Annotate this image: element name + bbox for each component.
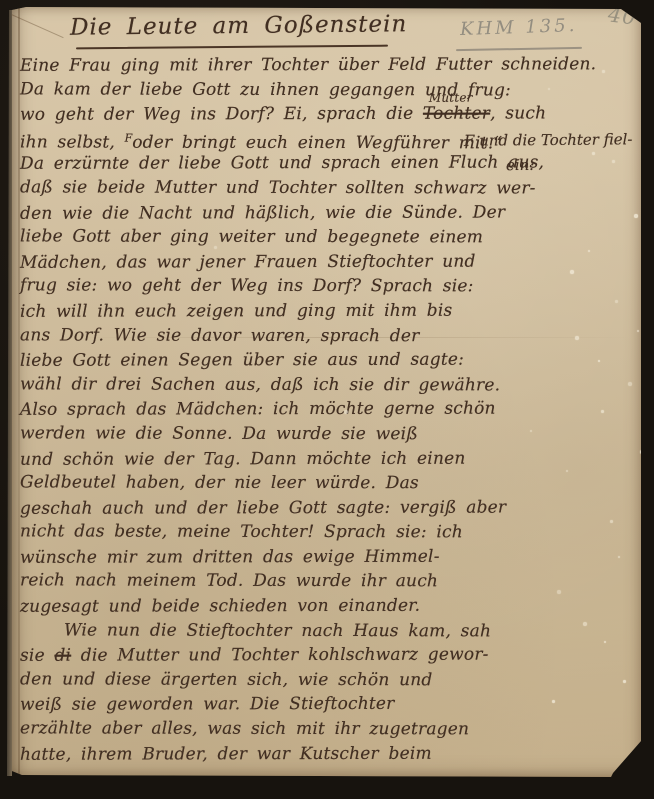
text-run: wünsche mir zum dritten das ewige Himmel… [20,547,440,568]
text-run: geschah auch und der liebe Gott sagte: v… [20,497,506,518]
text-run: nicht das beste, meine Tochter! Sprach s… [20,522,463,543]
manuscript-line: zugesagt und beide schieden von einander… [20,593,635,619]
text-run: liebe Gott aber ging weiter und begegnet… [20,227,483,248]
text-run: die Mutter und Tochter kohlschwarz gewor… [71,645,488,666]
text-run: Mädchen, das war jener Frauen Stieftocht… [20,251,476,272]
text-run: liebe Gott einen Segen über sie aus und … [20,350,464,371]
paper-speck [637,330,639,332]
manuscript-line: sie di die Mutter und Tochter kohlschwar… [20,642,635,668]
paper-speck [557,590,561,594]
text-run: wo geht der Weg ins Dorf? Ei, sprach die [20,104,423,125]
paper-speck [530,430,532,432]
paper-speck [601,410,604,413]
manuscript-page: Die Leute am Goßenstein KHM 135. 40 Eine… [12,7,641,777]
manuscript-line: erzählte aber alles, was sich mit ihr zu… [20,716,635,742]
text-run: Eine Frau ging mit ihrer Tochter über Fe… [20,54,596,76]
text-run: Also sprach das Mädchen: ich möchte gern… [20,399,496,420]
manuscript-line: Wie nun die Stieftochter nach Haus kam, … [20,618,635,644]
paper-speck [618,556,620,558]
text-run: daß sie beide Mutter und Tochter sollten… [20,177,536,198]
struck-word: TochterMutter [423,104,490,124]
text-run: ich will ihn euch zeigen und ging mit ih… [20,301,452,322]
margin-note: ein: [506,156,535,174]
text-run: Da erzürnte der liebe Gott und sprach ei… [20,153,544,174]
manuscript-line: Also sprach das Mädchen: ich möchte gern… [20,397,635,423]
text-run: ans Dorf. Wie sie davor waren, sprach de… [20,325,419,346]
manuscript-line: und schön wie der Tag. Dann möchte ich e… [20,446,635,472]
text-run: werden wie die Sonne. Da wurde sie weiß [20,423,418,444]
text-run: wähl dir drei Sachen aus, daß ich sie di… [20,374,500,395]
paper-speck [344,410,348,414]
paper-speck [610,520,613,523]
struck-word: di [54,646,71,666]
text-run: und schön wie der Tag. Dann möchte ich e… [20,448,466,469]
catalog-underline [456,47,582,51]
manuscript-line: Mädchen, das war jener Frauen Stieftocht… [20,249,635,275]
manuscript-line: Eine Frau ging mit ihrer Tochter über Fe… [20,52,635,78]
manuscript-line: geschah auch und der liebe Gott sagte: v… [20,495,635,521]
text-run: erzählte aber alles, was sich mit ihr zu… [20,718,469,739]
manuscript-line: weiß sie geworden war. Die Stieftochter [20,692,635,718]
paper-speck [214,246,217,249]
paper-speck [583,622,587,626]
text-run: ihn selbst, [20,132,125,152]
paper-speck [615,300,618,303]
manuscript-line: Da kam der liebe Gott zu ihnen gegangen … [20,77,635,103]
text-run: Geldbeutel haben, der nie leer würde. Da… [20,472,419,493]
manuscript-line: wähl dir drei Sachen aus, daß ich sie di… [20,372,635,398]
paper-speck [612,160,615,163]
paper-speck [566,470,568,472]
title-underline [76,45,388,50]
paper-speck [623,680,626,683]
manuscript-line: reich nach meinem Tod. Das wurde ihr auc… [20,569,635,595]
manuscript-line: den wie die Nacht und häßlich, wie die S… [20,200,635,226]
catalog-annotation: KHM 135. [460,15,578,40]
manuscript-line: Geldbeutel haben, der nie leer würde. Da… [20,470,635,496]
manuscript-line: Da erzürnte der liebe Gott und sprach ei… [20,151,635,177]
text-run: weiß sie geworden war. Die Stieftochter [20,694,395,715]
text-run: zugesagt und beide schieden von einander… [20,596,420,617]
paper-speck [604,641,606,643]
manuscript-line: daß sie beide Mutter und Tochter sollten… [20,175,635,201]
paper-speck [640,450,644,454]
manuscript-line: nicht das beste, meine Tochter! Sprach s… [20,520,635,546]
manuscript-line: wo geht der Weg ins Dorf? Ei, sprach die… [20,101,635,127]
manuscript-line: den und diese ärgerten sich, wie schön u… [20,667,635,693]
margin-note: F und die Tochter fiel- [464,130,633,149]
paper-speck [496,96,498,98]
manuscript-line: frug sie: wo geht der Weg ins Dorf? Spra… [20,274,635,300]
text-run: Wie nun die Stieftochter nach Haus kam, … [64,620,491,641]
manuscript-line: werden wie die Sonne. Da wurde sie weiß [20,421,635,447]
paper-speck [575,336,579,340]
paper-speck [592,152,595,155]
page-number: 40 [607,2,638,29]
page-title: Die Leute am Goßenstein [70,11,400,40]
manuscript-line: liebe Gott aber ging weiter und begegnet… [20,225,635,251]
paper-crease [8,13,63,38]
paper-speck [598,360,600,362]
interlinear-correction: Mutter [429,92,473,104]
text-run: den und diese ärgerten sich, wie schön u… [20,669,433,690]
text-run: hatte, ihrem Bruder, der war Kutscher be… [20,743,432,764]
paper-speck [634,214,638,218]
manuscript-scan: Die Leute am Goßenstein KHM 135. 40 Eine… [0,0,654,799]
text-run: , such [490,104,546,124]
manuscript-text: Eine Frau ging mit ihrer Tochter über Fe… [20,53,635,766]
manuscript-line: ans Dorf. Wie sie davor waren, sprach de… [20,323,635,349]
text-run: frug sie: wo geht der Weg ins Dorf? Spra… [20,276,474,297]
paper-speck [628,382,632,386]
manuscript-line: wünsche mir zum dritten das ewige Himmel… [20,544,635,570]
text-run: sie [20,646,54,666]
manuscript-line: ich will ihn euch zeigen und ging mit ih… [20,298,635,324]
paper-speck [588,250,590,252]
manuscript-line: liebe Gott einen Segen über sie aus und … [20,347,635,373]
paper-speck [552,700,555,703]
paper-speck [570,270,574,274]
text-run: reich nach meinem Tod. Das wurde ihr auc… [20,571,438,592]
paper-speck [548,88,550,90]
text-run: den wie die Nacht und häßlich, wie die S… [20,202,505,223]
manuscript-line: hatte, ihrem Bruder, der war Kutscher be… [20,741,635,767]
paper-speck [602,70,605,73]
